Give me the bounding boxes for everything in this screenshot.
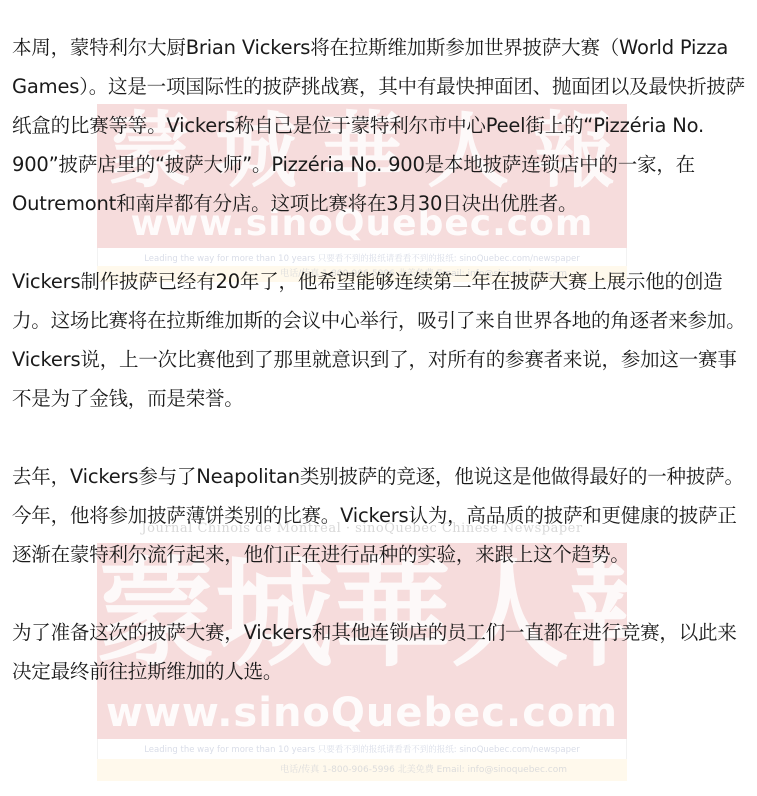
article-paragraph-1: 本周，蒙特利尔大厨Brian Vickers将在拉斯维加斯参加世界披萨大赛（Wo… [12, 28, 752, 223]
article-paragraph-2: Vickers制作披萨已经有20年了，他希望能够连续第二年在披萨大赛上展示他的创… [12, 262, 752, 418]
article-paragraph-4: 为了准备这次的披萨大赛，Vickers和其他连锁店的员工们一直都在进行竞赛，以此… [12, 613, 752, 691]
watermark-slogan: Leading the way for more than 10 years 只… [97, 739, 627, 761]
watermark-contact: 电话/传真 1-800-906-5996 北美免费 Email: info@si… [97, 759, 627, 781]
article-paragraph-3: 去年，Vickers参与了Neapolitan类别披萨的竞逐，他说这是他做得最好… [12, 457, 752, 574]
article-body: 本周，蒙特利尔大厨Brian Vickers将在拉斯维加斯参加世界披萨大赛（Wo… [12, 28, 752, 730]
